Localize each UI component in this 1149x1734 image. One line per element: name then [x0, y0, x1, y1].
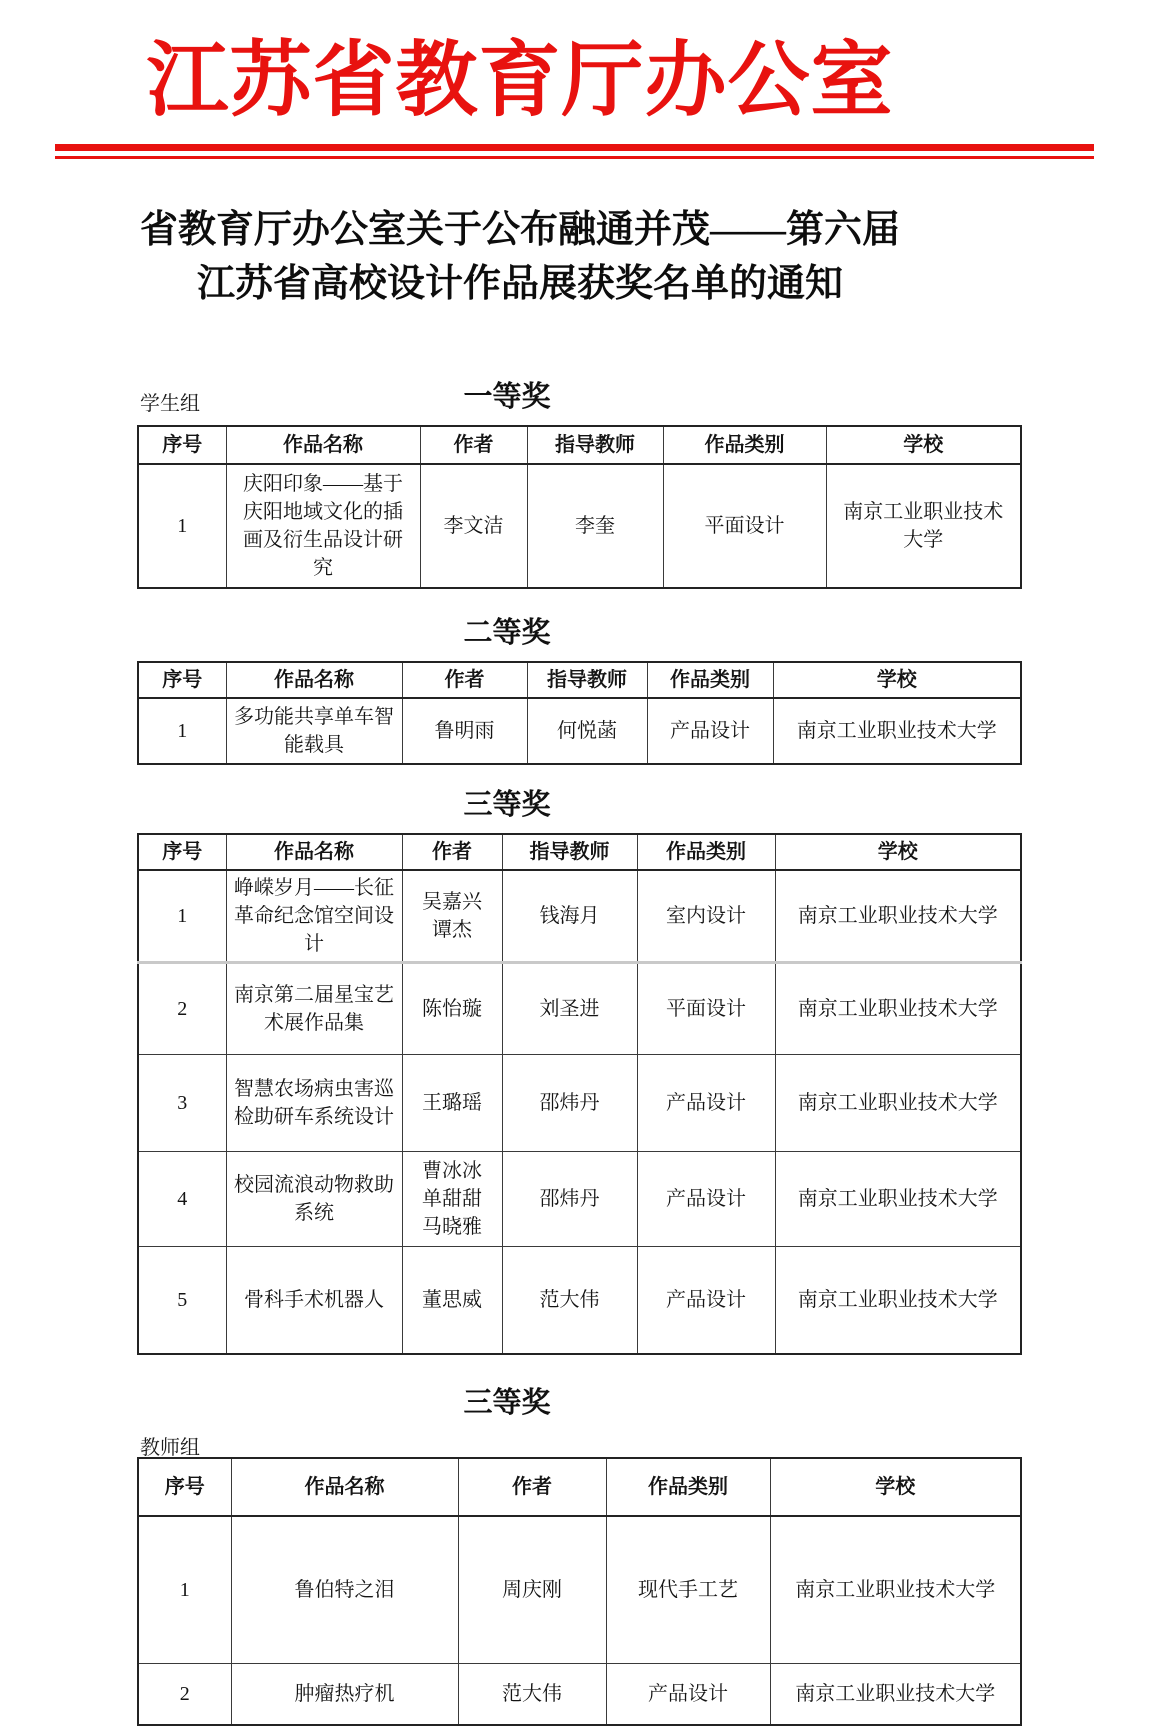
cell-no: 2: [138, 1664, 231, 1726]
col-header-advisor: 指导教师: [502, 834, 637, 870]
col-header-no: 序号: [138, 426, 226, 464]
document-page: 江苏省教育厅办公室 省教育厅办公室关于公布融通并茂——第六届 江苏省高校设计作品…: [0, 0, 1149, 1734]
cell-category: 平面设计: [663, 464, 826, 588]
col-header-no: 序号: [138, 662, 226, 698]
cell-category: 产品设计: [606, 1664, 770, 1726]
cell-work: 智慧农场病虫害巡检助研车系统设计: [226, 1055, 402, 1152]
cell-school: 南京工业职业技术大学: [775, 1055, 1021, 1152]
col-header-school: 学校: [826, 426, 1021, 464]
third-prize-teacher-heading: 三等奖: [137, 1383, 877, 1423]
cell-author: 曹冰冰 单甜甜 马晓雅: [402, 1152, 502, 1247]
col-header-no: 序号: [138, 1458, 231, 1516]
cell-school: 南京工业职业技术大学: [775, 963, 1021, 1055]
cell-no: 1: [138, 698, 226, 764]
table-row: 5 骨科手术机器人 董思威 范大伟 产品设计 南京工业职业技术大学: [138, 1247, 1021, 1355]
col-header-no: 序号: [138, 834, 226, 870]
first-prize-heading: 一等奖: [137, 377, 877, 417]
third-prize-student-table: 序号 作品名称 作者 指导教师 作品类别 学校 1 峥嵘岁月——长征革命纪念馆空…: [137, 833, 1022, 1355]
col-header-school: 学校: [770, 1458, 1021, 1516]
table-row: 2 肿瘤热疗机 范大伟 产品设计 南京工业职业技术大学: [138, 1664, 1021, 1726]
cell-school: 南京工业职业技术大学: [770, 1516, 1021, 1664]
cell-no: 1: [138, 464, 226, 588]
col-header-author: 作者: [420, 426, 527, 464]
cell-advisor: 邵炜丹: [502, 1055, 637, 1152]
cell-work: 骨科手术机器人: [226, 1247, 402, 1355]
table-header-row: 序号 作品名称 作者 指导教师 作品类别 学校: [138, 662, 1021, 698]
cell-school: 南京工业职业技术大学: [826, 464, 1021, 588]
col-header-work: 作品名称: [226, 426, 420, 464]
red-divider-thick-line: [55, 144, 1094, 151]
cell-author: 董思威: [402, 1247, 502, 1355]
cell-author: 鲁明雨: [402, 698, 527, 764]
cell-author: 范大伟: [458, 1664, 606, 1726]
cell-work: 校园流浪动物救助系统: [226, 1152, 402, 1247]
cell-school: 南京工业职业技术大学: [775, 1152, 1021, 1247]
masthead-title: 江苏省教育厅办公室: [0, 34, 1040, 128]
student-group-label: 学生组: [140, 387, 200, 416]
third-prize-teacher-table: 序号 作品名称 作者 作品类别 学校 1 鲁伯特之泪 周庆刚 现代手工艺 南京工…: [137, 1457, 1022, 1726]
cell-work: 多功能共享单车智能载具: [226, 698, 402, 764]
cell-no: 1: [138, 1516, 231, 1664]
col-header-advisor: 指导教师: [527, 426, 663, 464]
teacher-group-label: 教师组: [140, 1431, 200, 1460]
cell-school: 南京工业职业技术大学: [770, 1664, 1021, 1726]
cell-author: 李文洁: [420, 464, 527, 588]
teacher-group-label-row: 教师组: [0, 1429, 1149, 1455]
second-prize-table: 序号 作品名称 作者 指导教师 作品类别 学校 1 多功能共享单车智能载具 鲁明…: [137, 661, 1022, 765]
second-prize-heading: 二等奖: [137, 613, 877, 653]
cell-no: 5: [138, 1247, 226, 1355]
cell-advisor: 范大伟: [502, 1247, 637, 1355]
col-header-category: 作品类别: [663, 426, 826, 464]
cell-category: 产品设计: [637, 1055, 775, 1152]
document-title-line-1: 省教育厅办公室关于公布融通并茂——第六届: [0, 203, 1040, 257]
col-header-work: 作品名称: [226, 662, 402, 698]
cell-no: 2: [138, 963, 226, 1055]
col-header-school: 学校: [773, 662, 1021, 698]
table-row: 1 多功能共享单车智能载具 鲁明雨 何悦菡 产品设计 南京工业职业技术大学: [138, 698, 1021, 764]
table-row: 2 南京第二届星宝艺术展作品集 陈怡璇 刘圣进 平面设计 南京工业职业技术大学: [138, 963, 1021, 1055]
red-divider-thin-line: [55, 156, 1094, 159]
cell-category: 产品设计: [647, 698, 773, 764]
table-row: 1 鲁伯特之泪 周庆刚 现代手工艺 南京工业职业技术大学: [138, 1516, 1021, 1664]
col-header-author: 作者: [402, 662, 527, 698]
red-divider: [55, 144, 1094, 159]
table-row: 4 校园流浪动物救助系统 曹冰冰 单甜甜 马晓雅 邵炜丹 产品设计 南京工业职业…: [138, 1152, 1021, 1247]
cell-work: 南京第二届星宝艺术展作品集: [226, 963, 402, 1055]
document-title-line-2: 江苏省高校设计作品展获奖名单的通知: [0, 257, 1040, 311]
col-header-school: 学校: [775, 834, 1021, 870]
cell-advisor: 刘圣进: [502, 963, 637, 1055]
col-header-category: 作品类别: [647, 662, 773, 698]
cell-advisor: 邵炜丹: [502, 1152, 637, 1247]
cell-category: 室内设计: [637, 870, 775, 963]
table-row: 3 智慧农场病虫害巡检助研车系统设计 王璐瑶 邵炜丹 产品设计 南京工业职业技术…: [138, 1055, 1021, 1152]
col-header-category: 作品类别: [606, 1458, 770, 1516]
cell-advisor: 李奎: [527, 464, 663, 588]
cell-school: 南京工业职业技术大学: [775, 870, 1021, 963]
cell-author: 吴嘉兴 谭杰: [402, 870, 502, 963]
cell-school: 南京工业职业技术大学: [773, 698, 1021, 764]
cell-category: 产品设计: [637, 1247, 775, 1355]
cell-work: 鲁伯特之泪: [231, 1516, 458, 1664]
table-row: 1 庆阳印象——基于庆阳地域文化的插画及衍生品设计研究 李文洁 李奎 平面设计 …: [138, 464, 1021, 588]
cell-work: 庆阳印象——基于庆阳地域文化的插画及衍生品设计研究: [226, 464, 420, 588]
cell-advisor: 钱海月: [502, 870, 637, 963]
table-header-row: 序号 作品名称 作者 指导教师 作品类别 学校: [138, 834, 1021, 870]
first-prize-table: 序号 作品名称 作者 指导教师 作品类别 学校 1 庆阳印象——基于庆阳地域文化…: [137, 425, 1022, 589]
document-title: 省教育厅办公室关于公布融通并茂——第六届 江苏省高校设计作品展获奖名单的通知: [0, 203, 1040, 311]
table-header-row: 序号 作品名称 作者 指导教师 作品类别 学校: [138, 426, 1021, 464]
col-header-author: 作者: [458, 1458, 606, 1516]
col-header-work: 作品名称: [231, 1458, 458, 1516]
col-header-category: 作品类别: [637, 834, 775, 870]
col-header-advisor: 指导教师: [527, 662, 647, 698]
third-prize-student-heading: 三等奖: [137, 785, 877, 825]
cell-no: 4: [138, 1152, 226, 1247]
col-header-author: 作者: [402, 834, 502, 870]
cell-author: 周庆刚: [458, 1516, 606, 1664]
cell-work: 峥嵘岁月——长征革命纪念馆空间设计: [226, 870, 402, 963]
cell-school: 南京工业职业技术大学: [775, 1247, 1021, 1355]
cell-category: 现代手工艺: [606, 1516, 770, 1664]
table-header-row: 序号 作品名称 作者 作品类别 学校: [138, 1458, 1021, 1516]
cell-author: 王璐瑶: [402, 1055, 502, 1152]
section-first-prize-heading-row: 学生组 一等奖: [0, 377, 1149, 417]
cell-work: 肿瘤热疗机: [231, 1664, 458, 1726]
cell-author: 陈怡璇: [402, 963, 502, 1055]
cell-advisor: 何悦菡: [527, 698, 647, 764]
masthead: 江苏省教育厅办公室: [0, 0, 1040, 128]
cell-category: 产品设计: [637, 1152, 775, 1247]
cell-category: 平面设计: [637, 963, 775, 1055]
cell-no: 3: [138, 1055, 226, 1152]
table-row: 1 峥嵘岁月——长征革命纪念馆空间设计 吴嘉兴 谭杰 钱海月 室内设计 南京工业…: [138, 870, 1021, 963]
cell-no: 1: [138, 870, 226, 963]
col-header-work: 作品名称: [226, 834, 402, 870]
